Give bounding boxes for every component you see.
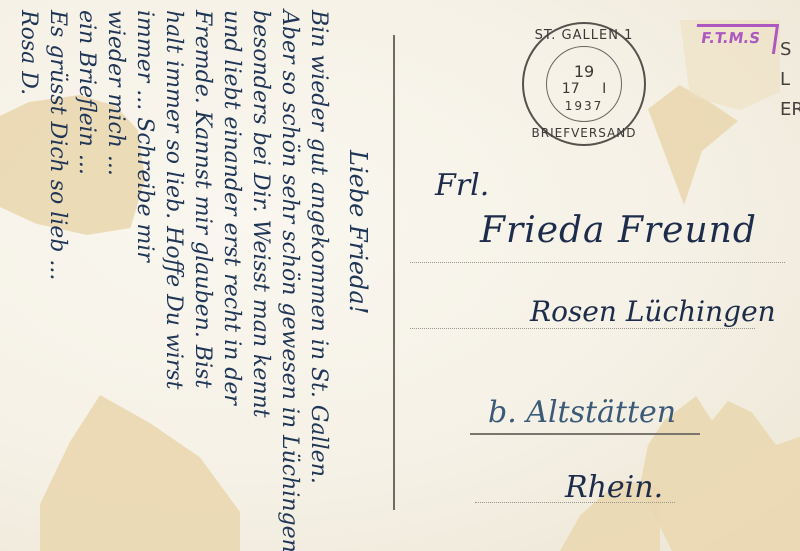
postmark-hour: 19	[524, 62, 644, 81]
message-signature: Rosa D.	[14, 10, 43, 541]
message-line: immer ... Schreibe mir	[130, 10, 159, 541]
slogan-cancel: S L ER	[780, 35, 800, 125]
address-line-2	[410, 328, 755, 329]
message-line: Bin wieder gut angekommen in St. Gallen.	[304, 10, 333, 541]
address-line-3	[470, 433, 700, 435]
message-line: Fremde. Kannst mir glauben. Bist	[188, 10, 217, 541]
recipient-street: Rosen Lüchingen	[530, 295, 776, 328]
recipient-title: Frl.	[435, 168, 489, 203]
slogan-letter: L	[780, 65, 800, 95]
postmark-month: I	[602, 81, 606, 97]
message-line: Es grüsst Dich so lieb ...	[43, 10, 72, 541]
message-line: halt immer so lieb. Hoffe Du wirst	[159, 10, 188, 541]
postcard-back: Liebe Frieda! Bin wieder gut angekommen …	[0, 0, 800, 551]
postmark-st-gallen: ST. GALLEN 1 19 17 I 1937 BRIEFVERSAND	[522, 22, 646, 146]
postmark-day: 17	[562, 81, 580, 97]
address-line-1	[410, 262, 785, 263]
recipient-name: Frieda Freund	[480, 210, 757, 251]
postmark-year: 1937	[524, 99, 644, 113]
postmark-office: BRIEFVERSAND	[524, 126, 644, 140]
message-line: besonders bei Dir. Weisst man kennt	[246, 10, 275, 541]
center-divider-line	[393, 35, 395, 510]
slogan-letter: ER	[780, 95, 800, 125]
message-line: ein Brieflein ...	[72, 10, 101, 541]
handwritten-message: Liebe Frieda! Bin wieder gut angekommen …	[0, 0, 380, 551]
postmark-city: ST. GALLEN 1	[524, 28, 644, 43]
message-line: wieder mich ...	[101, 10, 130, 541]
message-line: Aber so schön sehr schön gewesen in Lüch…	[275, 10, 304, 541]
message-line: und liebt einander erst recht in der	[217, 10, 246, 541]
recipient-town: b. Altstätten	[488, 395, 676, 430]
violet-cancel-stamp: F.T.M.S	[693, 24, 779, 54]
message-heading: Liebe Frieda!	[343, 10, 372, 541]
slogan-letter: S	[780, 35, 800, 65]
recipient-region: Rhein.	[565, 470, 663, 505]
postmark-date: 17 I	[524, 81, 644, 97]
